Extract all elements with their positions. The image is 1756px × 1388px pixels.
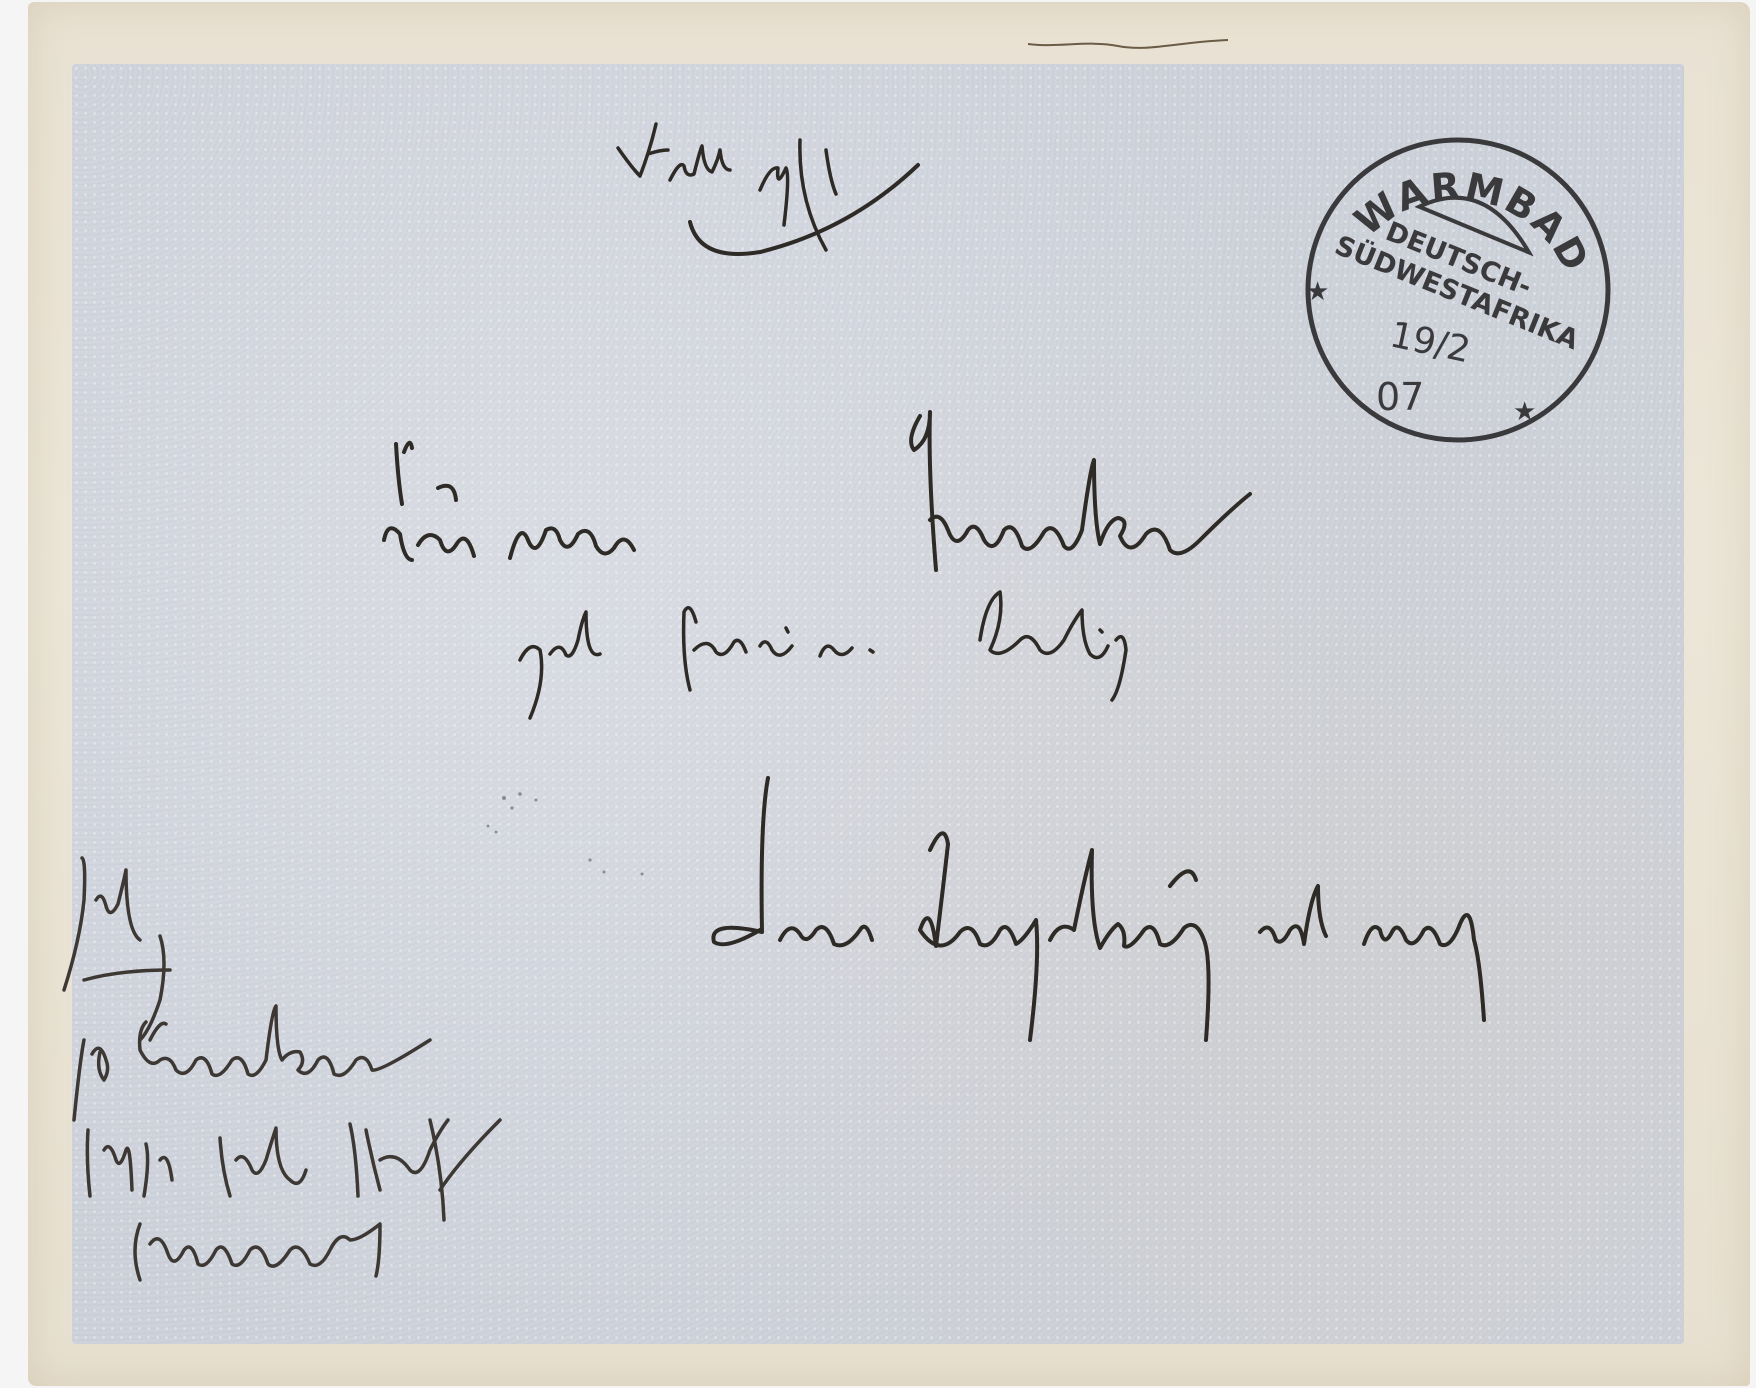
ink-specks [487,792,644,875]
sender-handwriting [64,858,500,1280]
recipient-line1-handwriting [384,412,1250,570]
feldpost-handwriting [618,124,918,254]
recipient-line2-handwriting [520,592,1126,718]
scan-background: WARMBAD DEUTSCH- SÜDWESTAFRIKA ★ ★ 19/2 … [0,0,1756,1388]
recipient-line3-handwriting [713,778,1484,1040]
handwriting-layer [0,0,1756,1388]
